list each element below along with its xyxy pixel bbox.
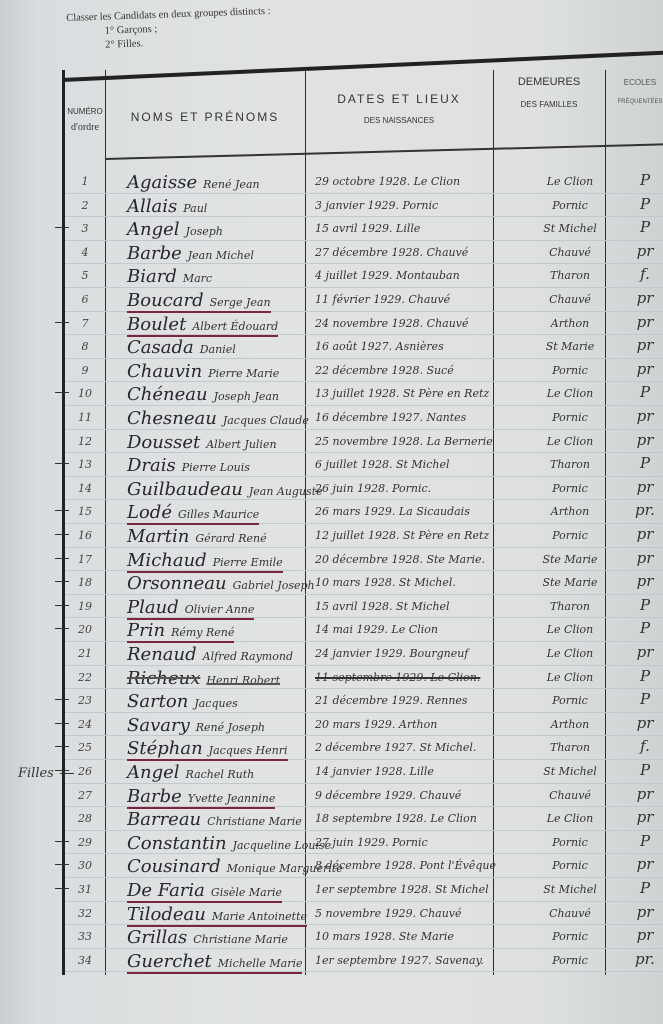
- candidate-name: StéphanJacques Henri: [127, 738, 288, 761]
- row-number: 30: [65, 859, 105, 872]
- candidate-surname: Drais: [127, 455, 176, 476]
- birth-date-place: 11 septembre 1929. Le Clion.: [315, 671, 480, 684]
- candidate-surname: Richeux: [127, 668, 200, 689]
- header-demeures-label: DEMEURES: [493, 76, 605, 88]
- table-row: 22RicheuxHenri Robert11 septembre 1929. …: [65, 666, 663, 690]
- table-row: 18OrsonneauGabriel Joseph10 mars 1928. S…: [65, 571, 663, 595]
- candidate-name: ChauvinPierre Marie: [127, 361, 279, 382]
- row-number: 2: [65, 199, 105, 212]
- school-attended: f.: [630, 265, 660, 283]
- birth-date-place: 26 mars 1929. La Sicaudais: [315, 505, 470, 518]
- family-residence: Pornic: [505, 859, 635, 872]
- school-attended: P: [630, 596, 660, 614]
- row-number: 11: [65, 411, 105, 424]
- family-residence: Tharon: [505, 600, 635, 613]
- birth-date-place: 20 mars 1929. Arthon: [315, 718, 437, 731]
- row-number: 5: [65, 269, 105, 282]
- candidate-name: AngelRachel Ruth: [127, 762, 254, 783]
- candidate-given-names: Christiane Marie: [193, 933, 288, 946]
- candidate-name: PlaudOlivier Anne: [127, 597, 254, 620]
- margin-tick-mark: [55, 322, 69, 323]
- candidate-surname: Tilodeau: [127, 904, 206, 925]
- birth-date-place: 18 septembre 1928. Le Clion: [315, 812, 477, 825]
- candidate-given-names: Rachel Ruth: [186, 768, 255, 781]
- candidate-name: OrsonneauGabriel Joseph: [127, 573, 315, 594]
- row-number: 13: [65, 458, 105, 471]
- candidate-name: ChéneauJoseph Jean: [127, 384, 279, 405]
- school-attended: pr: [630, 714, 660, 732]
- family-residence: Pornic: [505, 364, 635, 377]
- candidate-given-names: Joseph Jean: [214, 390, 279, 403]
- candidate-given-names: Albert Édouard: [192, 320, 278, 333]
- school-attended: P: [630, 619, 660, 637]
- candidate-surname: Angel: [127, 219, 180, 240]
- margin-tick-mark: [55, 628, 69, 629]
- candidate-name: GuilbaudeauJean Auguste: [127, 479, 323, 500]
- birth-date-place: 16 décembre 1927. Nantes: [315, 411, 466, 424]
- school-attended: pr: [630, 855, 660, 873]
- candidate-name: MartinGérard René: [127, 526, 267, 547]
- birth-date-place: 1er septembre 1928. St Michel: [315, 883, 489, 896]
- birth-date-place: 9 décembre 1929. Chauvé: [315, 789, 461, 802]
- birth-date-place: 8 décembre 1928. Pont l'Évêque: [315, 859, 496, 872]
- candidate-name: GuerchetMichelle Marie: [127, 951, 302, 974]
- candidate-given-names: Gérard René: [195, 532, 266, 545]
- candidate-surname: Orsonneau: [127, 573, 227, 594]
- row-number: 6: [65, 293, 105, 306]
- family-residence: Pornic: [505, 199, 635, 212]
- margin-tick-mark: [55, 841, 69, 842]
- candidate-given-names: Alfred Raymond: [203, 650, 293, 663]
- table-row: 27BarbeYvette Jeannine9 décembre 1929. C…: [65, 784, 663, 808]
- family-residence: Pornic: [505, 482, 635, 495]
- row-number: 19: [65, 600, 105, 613]
- row-number: 7: [65, 317, 105, 330]
- row-number: 8: [65, 340, 105, 353]
- row-number: 9: [65, 364, 105, 377]
- candidate-surname: Boucard: [127, 290, 204, 311]
- table-row: 29ConstantinJacqueline Louise27 juin 192…: [65, 831, 663, 855]
- birth-date-place: 2 décembre 1927. St Michel.: [315, 741, 476, 754]
- candidate-given-names: Pierre Louis: [182, 461, 250, 474]
- school-attended: P: [630, 761, 660, 779]
- table-row: 17MichaudPierre Emile20 décembre 1928. S…: [65, 548, 663, 572]
- candidate-given-names: Serge Jean: [210, 296, 271, 309]
- school-attended: pr: [630, 525, 660, 543]
- margin-tick-mark: [55, 392, 69, 393]
- candidate-surname: Grillas: [127, 927, 187, 948]
- school-attended: pr: [630, 478, 660, 496]
- table-row: 6BoucardSerge Jean11 février 1929. Chauv…: [65, 288, 663, 312]
- candidate-given-names: Olivier Anne: [185, 603, 255, 616]
- candidate-name: BiardMarc: [127, 266, 212, 287]
- header-ordre-label: d'ordre: [65, 120, 105, 136]
- candidate-name: PrinRémy René: [127, 620, 234, 643]
- school-attended: pr: [630, 785, 660, 803]
- candidate-given-names: Gabriel Joseph: [233, 579, 315, 592]
- girls-group-label: Filles: [18, 766, 74, 781]
- school-attended: pr: [630, 360, 660, 378]
- school-attended: P: [630, 667, 660, 685]
- family-residence: Pornic: [505, 954, 635, 967]
- candidate-surname: Barbe: [127, 786, 182, 807]
- header-ecoles-label: ECOLES: [610, 78, 663, 87]
- table-row: 32TilodeauMarie Antoinette5 novembre 192…: [65, 902, 663, 926]
- birth-date-place: 3 janvier 1929. Pornic: [315, 199, 438, 212]
- table-row: 4BarbeJean Michel27 décembre 1928. Chauv…: [65, 241, 663, 265]
- school-attended: f.: [630, 737, 660, 755]
- school-attended: P: [630, 383, 660, 401]
- row-number: 34: [65, 954, 105, 967]
- row-number: 18: [65, 576, 105, 589]
- row-number: 32: [65, 907, 105, 920]
- table-row: 1AgaisseRené Jean29 octobre 1928. Le Cli…: [65, 170, 663, 194]
- candidate-given-names: Yvette Jeannine: [188, 792, 276, 805]
- birth-date-place: 15 avril 1929. Lille: [315, 222, 420, 235]
- margin-tick-mark: [55, 227, 69, 228]
- table-row: 26AngelRachel Ruth14 janvier 1928. Lille…: [65, 760, 663, 784]
- candidate-name: ChesneauJacques Claude: [127, 408, 309, 429]
- row-number: 24: [65, 718, 105, 731]
- row-number: 22: [65, 671, 105, 684]
- family-residence: Le Clion: [505, 175, 635, 188]
- row-number: 31: [65, 883, 105, 896]
- candidate-name: RicheuxHenri Robert: [127, 668, 280, 689]
- candidate-given-names: Jacques Claude: [223, 414, 309, 427]
- candidate-surname: Guilbaudeau: [127, 479, 243, 500]
- family-residence: Pornic: [505, 836, 635, 849]
- school-attended: pr: [630, 407, 660, 425]
- header-demeures-sub: DES FAMILLES: [493, 100, 605, 109]
- school-attended: pr: [630, 926, 660, 944]
- school-attended: P: [630, 218, 660, 236]
- candidate-surname: Plaud: [127, 597, 179, 618]
- candidate-name: ConstantinJacqueline Louise: [127, 833, 331, 854]
- table-row: 19PlaudOlivier Anne15 avril 1928. St Mic…: [65, 595, 663, 619]
- table-row: 9ChauvinPierre Marie22 décembre 1928. Su…: [65, 359, 663, 383]
- family-residence: St Michel: [505, 765, 635, 778]
- table-row: 23SartonJacques21 décembre 1929. RennesP…: [65, 689, 663, 713]
- family-residence: Tharon: [505, 269, 635, 282]
- candidate-surname: De Faria: [127, 880, 205, 901]
- candidate-surname: Prin: [127, 620, 165, 641]
- candidate-surname: Chesneau: [127, 408, 217, 429]
- family-residence: Chauvé: [505, 907, 635, 920]
- birth-date-place: 15 avril 1928. St Michel: [315, 600, 450, 613]
- birth-date-place: 6 juillet 1928. St Michel: [315, 458, 449, 471]
- margin-tick-mark: [55, 581, 69, 582]
- candidate-surname: Barbe: [127, 243, 182, 264]
- family-residence: Le Clion: [505, 623, 635, 636]
- candidate-given-names: René Jean: [203, 178, 259, 191]
- row-number: 12: [65, 435, 105, 448]
- header-demeures: DEMEURES DES FAMILLES: [493, 76, 605, 109]
- table-row: 33GrillasChristiane Marie10 mars 1928. S…: [65, 925, 663, 949]
- header-noms: NOMS ET PRÉNOMS: [105, 110, 305, 124]
- instructions: Classer les Candidats en deux groupes di…: [66, 5, 272, 54]
- candidate-name: BarbeYvette Jeannine: [127, 786, 275, 809]
- table-row: 34GuerchetMichelle Marie1er septembre 19…: [65, 949, 663, 973]
- candidate-given-names: Jacques Henri: [209, 744, 288, 757]
- candidate-surname: Biard: [127, 266, 177, 287]
- candidate-name: CasadaDaniel: [127, 337, 236, 358]
- candidate-given-names: Michelle Marie: [218, 957, 303, 970]
- candidate-name: SartonJacques: [127, 691, 238, 712]
- candidate-surname: Savary: [127, 715, 190, 736]
- candidate-name: LodéGilles Maurice: [127, 502, 259, 525]
- table-row: 8CasadaDaniel16 août 1927. AsnièresSt Ma…: [65, 335, 663, 359]
- birth-date-place: 14 mai 1929. Le Clion: [315, 623, 438, 636]
- candidate-given-names: René Joseph: [196, 721, 265, 734]
- birth-date-place: 10 mars 1928. Ste Marie: [315, 930, 454, 943]
- candidate-given-names: Gisèle Marie: [211, 886, 282, 899]
- row-number: 27: [65, 789, 105, 802]
- row-number: 1: [65, 175, 105, 188]
- margin-tick-mark: [55, 605, 69, 606]
- table-row: 7BouletAlbert Édouard24 novembre 1928. C…: [65, 312, 663, 336]
- school-attended: P: [630, 454, 660, 472]
- table-row: 11ChesneauJacques Claude16 décembre 1927…: [65, 406, 663, 430]
- table-row: 15LodéGilles Maurice26 mars 1929. La Sic…: [65, 500, 663, 524]
- school-attended: P: [630, 690, 660, 708]
- row-number: 17: [65, 553, 105, 566]
- birth-date-place: 26 juin 1928. Pornic.: [315, 482, 431, 495]
- candidates-register: NUMÉRO d'ordre NOMS ET PRÉNOMS DATES ET …: [62, 70, 663, 990]
- family-residence: Le Clion: [505, 671, 635, 684]
- table-row: 21RenaudAlfred Raymond24 janvier 1929. B…: [65, 642, 663, 666]
- candidate-given-names: Paul: [183, 202, 207, 215]
- family-residence: Arthon: [505, 718, 635, 731]
- row-number: 16: [65, 529, 105, 542]
- candidate-surname: Chauvin: [127, 361, 202, 382]
- candidate-surname: Renaud: [127, 644, 197, 665]
- family-residence: Le Clion: [505, 435, 635, 448]
- family-residence: Ste Marie: [505, 553, 635, 566]
- margin-tick-mark: [55, 534, 69, 535]
- family-residence: Chauvé: [505, 293, 635, 306]
- family-residence: Pornic: [505, 694, 635, 707]
- school-attended: P: [630, 171, 660, 189]
- table-row: 12DoussetAlbert Julien25 novembre 1928. …: [65, 430, 663, 454]
- family-residence: Chauvé: [505, 789, 635, 802]
- candidate-surname: Dousset: [127, 432, 200, 453]
- candidate-name: GrillasChristiane Marie: [127, 927, 288, 948]
- birth-date-place: 5 novembre 1929. Chauvé: [315, 907, 462, 920]
- candidate-given-names: Pierre Emile: [213, 556, 283, 569]
- birth-date-place: 16 août 1927. Asnières: [315, 340, 444, 353]
- family-residence: Pornic: [505, 529, 635, 542]
- header-dates-label: DATES ET LIEUX: [305, 92, 493, 106]
- school-attended: P: [630, 832, 660, 850]
- candidate-given-names: Jacques: [194, 697, 237, 710]
- candidate-surname: Allais: [127, 196, 177, 217]
- table-row: 28BarreauChristiane Marie18 septembre 19…: [65, 807, 663, 831]
- margin-tick-mark: [55, 746, 69, 747]
- candidate-given-names: Albert Julien: [206, 438, 276, 451]
- row-number: 3: [65, 222, 105, 235]
- table-row: 24SavaryRené Joseph20 mars 1929. ArthonA…: [65, 713, 663, 737]
- school-attended: pr: [630, 572, 660, 590]
- candidate-name: De FariaGisèle Marie: [127, 880, 282, 903]
- candidate-name: MichaudPierre Emile: [127, 550, 283, 573]
- margin-tick-mark: [55, 510, 69, 511]
- birth-date-place: 21 décembre 1929. Rennes: [315, 694, 468, 707]
- school-attended: pr: [630, 336, 660, 354]
- birth-date-place: 22 décembre 1928. Sucé: [315, 364, 454, 377]
- table-row: 3AngelJoseph15 avril 1929. LilleSt Miche…: [65, 217, 663, 241]
- candidate-surname: Stéphan: [127, 738, 203, 759]
- candidate-surname: Lodé: [127, 502, 172, 523]
- family-residence: Ste Marie: [505, 576, 635, 589]
- header-ecoles-sub: FRÉQUENTÉES: [610, 99, 663, 105]
- family-residence: Tharon: [505, 458, 635, 471]
- candidate-surname: Michaud: [127, 550, 207, 571]
- school-attended: pr: [630, 313, 660, 331]
- candidate-given-names: Christiane Marie: [207, 815, 302, 828]
- header-ecoles: ECOLES FRÉQUENTÉES: [610, 78, 663, 105]
- header-numero: NUMÉRO d'ordre: [65, 104, 105, 136]
- family-residence: Arthon: [505, 505, 635, 518]
- candidate-given-names: Henri Robert: [206, 674, 280, 687]
- candidate-surname: Sarton: [127, 691, 188, 712]
- school-attended: P: [630, 879, 660, 897]
- header-dates: DATES ET LIEUX DES NAISSANCES: [305, 92, 493, 125]
- candidate-name: SavaryRené Joseph: [127, 715, 265, 736]
- margin-tick-mark: [55, 723, 69, 724]
- table-row: 16MartinGérard René12 juillet 1928. St P…: [65, 524, 663, 548]
- candidate-given-names: Jean Michel: [188, 249, 254, 262]
- family-residence: Chauvé: [505, 246, 635, 259]
- margin-tick-mark: [55, 558, 69, 559]
- table-row: 31De FariaGisèle Marie1er septembre 1928…: [65, 878, 663, 902]
- family-residence: Le Clion: [505, 812, 635, 825]
- family-residence: Tharon: [505, 741, 635, 754]
- margin-tick-mark: [55, 888, 69, 889]
- birth-date-place: 1er septembre 1927. Savenay.: [315, 954, 484, 967]
- candidate-name: AllaisPaul: [127, 196, 207, 217]
- candidate-given-names: Marc: [183, 272, 212, 285]
- candidate-given-names: Rémy René: [171, 626, 234, 639]
- birth-date-place: 24 novembre 1928. Chauvé: [315, 317, 469, 330]
- candidate-name: BoucardSerge Jean: [127, 290, 271, 313]
- candidate-name: AngelJoseph: [127, 219, 223, 240]
- candidate-surname: Constantin: [127, 833, 227, 854]
- school-attended: pr: [630, 242, 660, 260]
- candidate-surname: Cousinard: [127, 856, 221, 877]
- family-residence: Le Clion: [505, 387, 635, 400]
- school-attended: pr.: [630, 950, 660, 968]
- school-attended: pr.: [630, 501, 660, 519]
- candidate-surname: Casada: [127, 337, 194, 358]
- table-row: 5BiardMarc4 juillet 1929. MontaubanTharo…: [65, 264, 663, 288]
- candidate-surname: Boulet: [127, 314, 186, 335]
- table-row: 13DraisPierre Louis6 juillet 1928. St Mi…: [65, 453, 663, 477]
- family-residence: St Michel: [505, 222, 635, 235]
- candidate-name: TilodeauMarie Antoinette: [127, 904, 307, 927]
- row-number: 21: [65, 647, 105, 660]
- birth-date-place: 10 mars 1928. St Michel.: [315, 576, 456, 589]
- margin-tick-mark: [55, 864, 69, 865]
- birth-date-place: 11 février 1929. Chauvé: [315, 293, 450, 306]
- family-residence: St Marie: [505, 340, 635, 353]
- row-number: 15: [65, 505, 105, 518]
- candidate-surname: Guerchet: [127, 951, 212, 972]
- birth-date-place: 20 décembre 1928. Ste Marie.: [315, 553, 485, 566]
- candidate-name: DoussetAlbert Julien: [127, 432, 277, 453]
- table-row: 30CousinardMonique Marguerite8 décembre …: [65, 854, 663, 878]
- birth-date-place: 27 juin 1929. Pornic: [315, 836, 428, 849]
- candidate-given-names: Pierre Marie: [208, 367, 279, 380]
- candidate-surname: Martin: [127, 526, 189, 547]
- row-number: 29: [65, 836, 105, 849]
- candidate-name: BouletAlbert Édouard: [127, 314, 278, 337]
- school-attended: pr: [630, 808, 660, 826]
- candidate-given-names: Joseph: [186, 225, 223, 238]
- candidate-surname: Agaisse: [127, 172, 197, 193]
- school-attended: P: [630, 195, 660, 213]
- school-attended: pr: [630, 431, 660, 449]
- family-residence: Pornic: [505, 411, 635, 424]
- candidate-name: BarreauChristiane Marie: [127, 809, 302, 830]
- candidate-name: BarbeJean Michel: [127, 243, 254, 264]
- row-number: 28: [65, 812, 105, 825]
- school-attended: pr: [630, 903, 660, 921]
- row-number: 20: [65, 623, 105, 636]
- row-number: 10: [65, 387, 105, 400]
- header-numero-label: NUMÉRO: [65, 104, 105, 120]
- row-number: 14: [65, 482, 105, 495]
- school-attended: pr: [630, 643, 660, 661]
- candidate-name: RenaudAlfred Raymond: [127, 644, 293, 665]
- school-attended: pr: [630, 289, 660, 307]
- row-number: 33: [65, 930, 105, 943]
- table-row: 10ChéneauJoseph Jean13 juillet 1928. St …: [65, 382, 663, 406]
- candidate-surname: Chéneau: [127, 384, 208, 405]
- birth-date-place: 13 juillet 1928. St Père en Retz: [315, 387, 489, 400]
- candidate-given-names: Gilles Maurice: [178, 508, 259, 521]
- candidate-given-names: Daniel: [200, 343, 236, 356]
- candidate-surname: Barreau: [127, 809, 201, 830]
- candidate-surname: Angel: [127, 762, 180, 783]
- birth-date-place: 25 novembre 1928. La Bernerie: [315, 435, 493, 448]
- table-row: 25StéphanJacques Henri2 décembre 1927. S…: [65, 736, 663, 760]
- row-number: 4: [65, 246, 105, 259]
- birth-date-place: 4 juillet 1929. Montauban: [315, 269, 460, 282]
- candidate-given-names: Jean Auguste: [249, 485, 323, 498]
- candidate-name: CousinardMonique Marguerite: [127, 856, 343, 877]
- header-dates-sub: DES NAISSANCES: [305, 116, 493, 125]
- birth-date-place: 29 octobre 1928. Le Clion: [315, 175, 460, 188]
- family-residence: Le Clion: [505, 647, 635, 660]
- birth-date-place: 27 décembre 1928. Chauvé: [315, 246, 468, 259]
- table-row: 2AllaisPaul3 janvier 1929. PornicPornicP: [65, 194, 663, 218]
- table-row: 14GuilbaudeauJean Auguste26 juin 1928. P…: [65, 477, 663, 501]
- margin-tick-mark: [55, 699, 69, 700]
- family-residence: Arthon: [505, 317, 635, 330]
- candidates-table: NUMÉRO d'ordre NOMS ET PRÉNOMS DATES ET …: [62, 70, 663, 975]
- row-number: 23: [65, 694, 105, 707]
- birth-date-place: 14 janvier 1928. Lille: [315, 765, 434, 778]
- candidate-name: DraisPierre Louis: [127, 455, 250, 476]
- candidate-given-names: Marie Antoinette: [212, 910, 307, 923]
- birth-date-place: 24 janvier 1929. Bourgneuf: [315, 647, 468, 660]
- candidate-name: AgaisseRené Jean: [127, 172, 260, 193]
- school-attended: pr: [630, 549, 660, 567]
- table-row: 20PrinRémy René14 mai 1929. Le ClionLe C…: [65, 618, 663, 642]
- margin-tick-mark: [55, 463, 69, 464]
- family-residence: St Michel: [505, 883, 635, 896]
- birth-date-place: 12 juillet 1928. St Père en Retz: [315, 529, 489, 542]
